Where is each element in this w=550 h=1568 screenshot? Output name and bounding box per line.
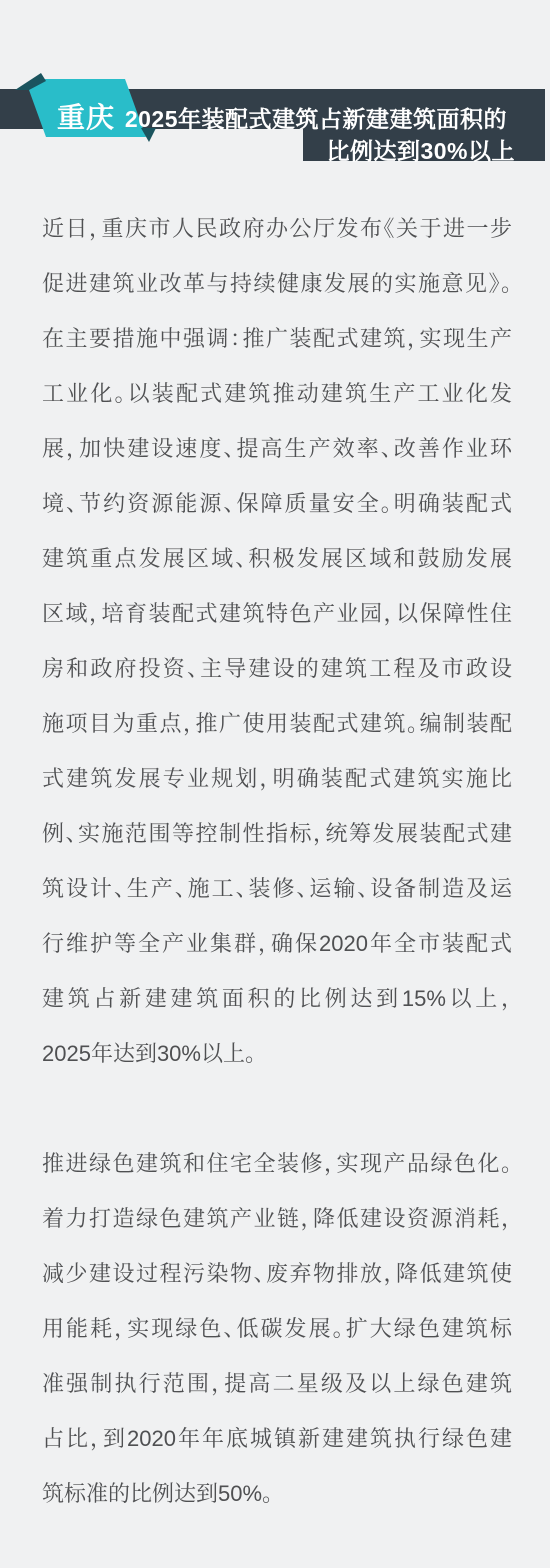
body-text-line: 房和政府投资、主导建设的建筑工程及市政设 (42, 641, 512, 696)
headline-line-2: 比例达到30%以上 (326, 133, 515, 166)
body-text-line: 促进建筑业改革与持续健康发展的实施意见》。 (42, 256, 512, 311)
body-text-line: 准强制执行范围，提高二星级及以上绿色建筑 (42, 1356, 512, 1411)
body-text-line: 境、节约资源能源、保障质量安全。明确装配式 (42, 476, 512, 531)
body-text-line: 在主要措施中强调：推广装配式建筑，实现生产 (42, 311, 512, 366)
body-text-line: 行维护等全产业集群，确保2020年全市装配式 (42, 916, 512, 971)
body-text-line: 筑设计、生产、施工、装修、运输、设备制造及运 (42, 861, 512, 916)
header-band: 重庆 2025年装配式建筑占新建建筑面积的 比例达到30%以上 (0, 0, 550, 180)
body-text-line: 建筑重点发展区域、积极发展区域和鼓励发展 (42, 531, 512, 586)
body-text-line: 式建筑发展专业规划，明确装配式建筑实施比 (42, 751, 512, 806)
article-body: 近日，重庆市人民政府办公厅发布《关于进一步 促进建筑业改革与持续健康发展的实施意… (42, 201, 512, 1521)
body-text-line: 展，加快建设速度、提高生产效率、改善作业环 (42, 421, 512, 476)
paragraph-2: 推进绿色建筑和住宅全装修，实现产品绿色化。 着力打造绿色建筑产业链，降低建设资源… (42, 1136, 512, 1521)
body-text-line: 工业化。以装配式建筑推动建筑生产工业化发 (42, 366, 512, 421)
paragraph-1: 近日，重庆市人民政府办公厅发布《关于进一步 促进建筑业改革与持续健康发展的实施意… (42, 201, 512, 1081)
city-badge: 重庆 (42, 96, 130, 136)
body-text-line: 例、实施范围等控制性指标，统筹发展装配式建 (42, 806, 512, 861)
body-text-line: 占比，到2020年年底城镇新建建筑执行绿色建 (42, 1411, 512, 1466)
body-text-line: 推进绿色建筑和住宅全装修，实现产品绿色化。 (42, 1136, 512, 1191)
body-text-line: 筑标准的比例达到50%。 (42, 1466, 512, 1521)
body-text-line: 减少建设过程污染物、废弃物排放，降低建筑使 (42, 1246, 512, 1301)
headline-line-1: 2025年装配式建筑占新建建筑面积的 (125, 101, 507, 134)
body-text-line: 区域，培育装配式建筑特色产业园，以保障性住 (42, 586, 512, 641)
body-text-line: 着力打造绿色建筑产业链，降低建设资源消耗， (42, 1191, 512, 1246)
body-text-line: 用能耗，实现绿色、低碳发展。扩大绿色建筑标 (42, 1301, 512, 1356)
body-text-line: 施项目为重点，推广使用装配式建筑。编制装配 (42, 696, 512, 751)
body-text-line: 建筑占新建建筑面积的比例达到15%以上， (42, 971, 512, 1026)
body-text-line: 近日，重庆市人民政府办公厅发布《关于进一步 (42, 201, 512, 256)
body-text-line: 2025年达到30%以上。 (42, 1026, 512, 1081)
article-page: 重庆 2025年装配式建筑占新建建筑面积的 比例达到30%以上 近日，重庆市人民… (0, 0, 550, 1568)
